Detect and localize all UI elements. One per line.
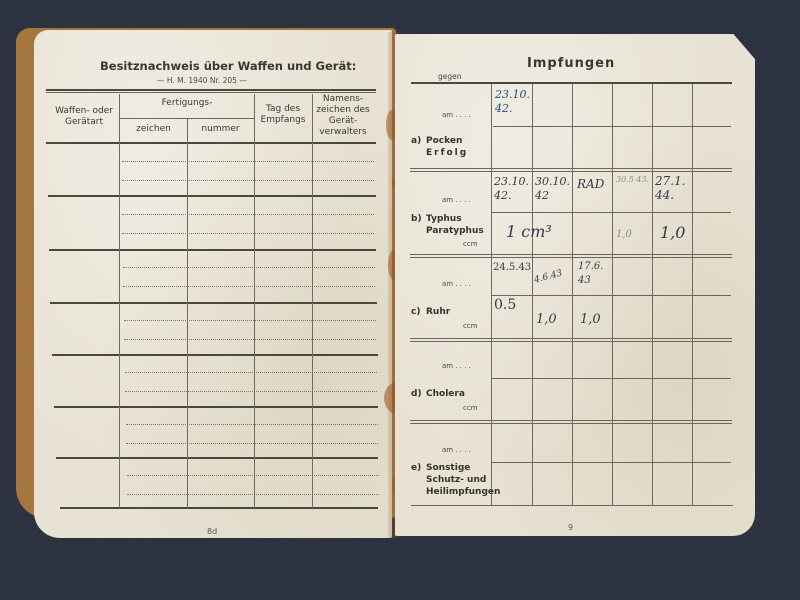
header-top-rule (46, 89, 376, 91)
section-d-label: Cholera (426, 388, 465, 400)
header-bottom-rule (46, 142, 376, 144)
left-page-subtitle: — H. M. 1940 Nr. 205 — (157, 76, 247, 85)
am-label: am . . . . (442, 280, 471, 288)
right-page-number: 9 (568, 523, 573, 532)
col-header-nummer: nummer (187, 124, 254, 135)
col-header-fertigungs: Fertigungs- (120, 98, 254, 109)
section-rule (410, 254, 732, 255)
dotted-line (123, 286, 375, 287)
section-rule (410, 257, 732, 258)
am-label: am . . . . (442, 111, 471, 119)
dotted-line (126, 443, 378, 444)
ruhr-dose-2: 1,0 (536, 313, 557, 327)
section-a-label: Pocken (426, 135, 462, 147)
row-rule (48, 195, 376, 197)
ruhr-dose-1: 0.5 (494, 298, 516, 312)
section-rule (410, 171, 732, 172)
section-rule (410, 168, 732, 169)
right-page-title: Impfungen (527, 56, 615, 71)
section-b-label: Typhus (426, 213, 462, 225)
dotted-line (122, 161, 374, 162)
col-divider (652, 84, 653, 505)
col-divider (254, 94, 255, 508)
section-c-letter: c) (411, 306, 420, 318)
dotted-line (122, 214, 374, 215)
section-e-letter: e) (411, 462, 421, 474)
dotted-line (122, 233, 374, 234)
col-divider (612, 84, 613, 505)
section-b-letter: b) (411, 213, 422, 225)
col-divider (187, 118, 188, 508)
ccm-label: ccm (463, 404, 478, 412)
section-rule (410, 420, 732, 421)
row-rule (49, 249, 376, 251)
dotted-line (124, 320, 376, 321)
typhus-dose-5: 1,0 (660, 226, 685, 240)
typhus-date-2: 30.10. 42 (535, 175, 571, 203)
gegen-label: gegen (438, 72, 462, 81)
col-header-zeichen: zeichen (120, 124, 187, 135)
typhus-date-3: RAD (577, 177, 604, 191)
typhus-dose-1: 1 cm³ (506, 225, 552, 239)
dotted-line (126, 424, 378, 425)
row-rule (60, 507, 378, 509)
pocken-date-1: 23.10. 42. (495, 88, 531, 116)
col-divider (572, 84, 573, 505)
col-divider (692, 84, 693, 505)
dotted-line (125, 391, 377, 392)
section-e-label2: Schutz- und (426, 474, 486, 486)
col-header-namenszeichen: Namens- zeichen des Gerät- verwalters (312, 94, 374, 138)
am-label: am . . . . (442, 446, 471, 454)
section-rule (410, 338, 732, 339)
ccm-label: ccm (463, 322, 478, 330)
left-page-title: Besitznachweis über Waffen und Gerät: (100, 59, 356, 73)
dotted-line (122, 180, 374, 181)
section-a-label2: Erfolg (426, 147, 468, 159)
typhus-date-5: 27.1. 44. (655, 174, 691, 202)
left-page-number: 8d (207, 527, 217, 536)
dotted-line (123, 267, 375, 268)
section-c-label: Ruhr (426, 306, 450, 318)
ruhr-date-3: 17.6. 43 (578, 260, 608, 288)
col-divider (312, 94, 313, 508)
section-b-label2: Paratyphus (426, 225, 484, 237)
section-rule (411, 505, 733, 506)
col-header-weapon-type: Waffen- oder Gerätart (48, 106, 120, 128)
row-rule (54, 406, 378, 408)
row-rule (56, 457, 378, 459)
dotted-line (125, 372, 377, 373)
ccm-label: ccm (463, 240, 478, 248)
section-rule (410, 341, 732, 342)
section-d-letter: d) (411, 388, 422, 400)
ruhr-date-1: 24.5.43 (493, 261, 531, 275)
dotted-line (127, 475, 379, 476)
section-e-label: Sonstige (426, 462, 470, 474)
dotted-line (127, 494, 379, 495)
typhus-dose-4: 1,0 (616, 228, 632, 242)
section-rule (410, 423, 732, 424)
col-header-tag-des-empfangs: Tag des Empfangs (254, 104, 312, 126)
row-rule (50, 302, 377, 304)
col-divider (119, 94, 120, 508)
header-top-rule-inner (46, 92, 376, 93)
section-e-label3: Heilimpfungen (426, 486, 500, 498)
section-a-letter: a) (411, 135, 421, 147)
ruhr-dose-3: 1,0 (580, 313, 601, 327)
col-divider (532, 84, 533, 505)
typhus-date-1: 23.10. 42. (494, 175, 530, 203)
dotted-line (124, 339, 376, 340)
am-label: am . . . . (442, 362, 471, 370)
col-divider (491, 84, 492, 505)
am-label: am . . . . (442, 196, 471, 204)
row-rule (52, 354, 378, 356)
typhus-date-4: 30.5 43. (616, 174, 650, 185)
